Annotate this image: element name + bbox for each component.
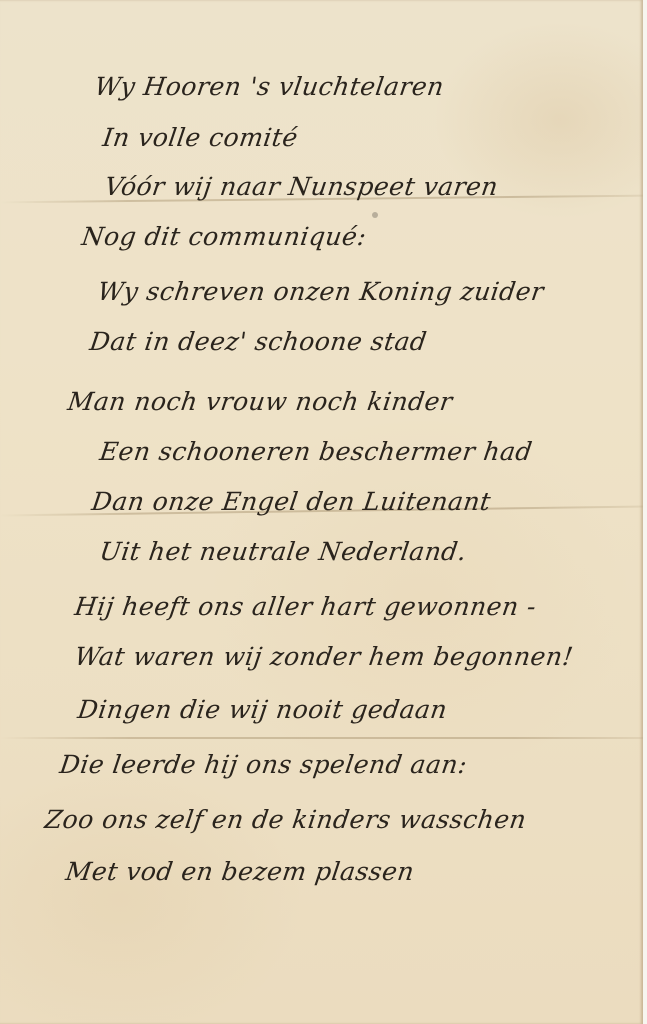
poem-line: Uit het neutrale Nederland. [98, 537, 469, 566]
poem-line: Een schooneren beschermer had [98, 437, 534, 466]
poem-line: Nog dit communiqué: [80, 222, 368, 251]
poem-line: Wy Hooren 's vluchtelaren [93, 72, 446, 101]
poem-line: Met vod en bezem plassen [64, 857, 416, 886]
poem-line: Wy schreven onzen Koning zuider [96, 277, 546, 306]
poem-line: Dat in deez' schoone stad [88, 327, 429, 356]
poem-line: Dingen die wij nooit gedaan [76, 695, 449, 724]
poem-line: Zoo ons zelf en de kinders wasschen [43, 805, 528, 834]
poem-line: Wat waren wij zonder hem begonnen! [73, 642, 575, 671]
poem-line: Vóór wij naar Nunspeet varen [103, 172, 500, 201]
poem-line: Dan onze Engel den Luitenant [90, 487, 493, 516]
paper-edge [643, 0, 647, 1024]
poem-line: Man noch vrouw noch kinder [66, 387, 455, 416]
poem-line: Die leerde hij ons spelend aan: [58, 750, 469, 779]
poem-line: In volle comité [101, 123, 300, 152]
poem-line: Hij heeft ons aller hart gewonnen - [73, 592, 538, 621]
poem-text: Wy Hooren 's vluchtelaren In volle comit… [0, 0, 643, 1024]
